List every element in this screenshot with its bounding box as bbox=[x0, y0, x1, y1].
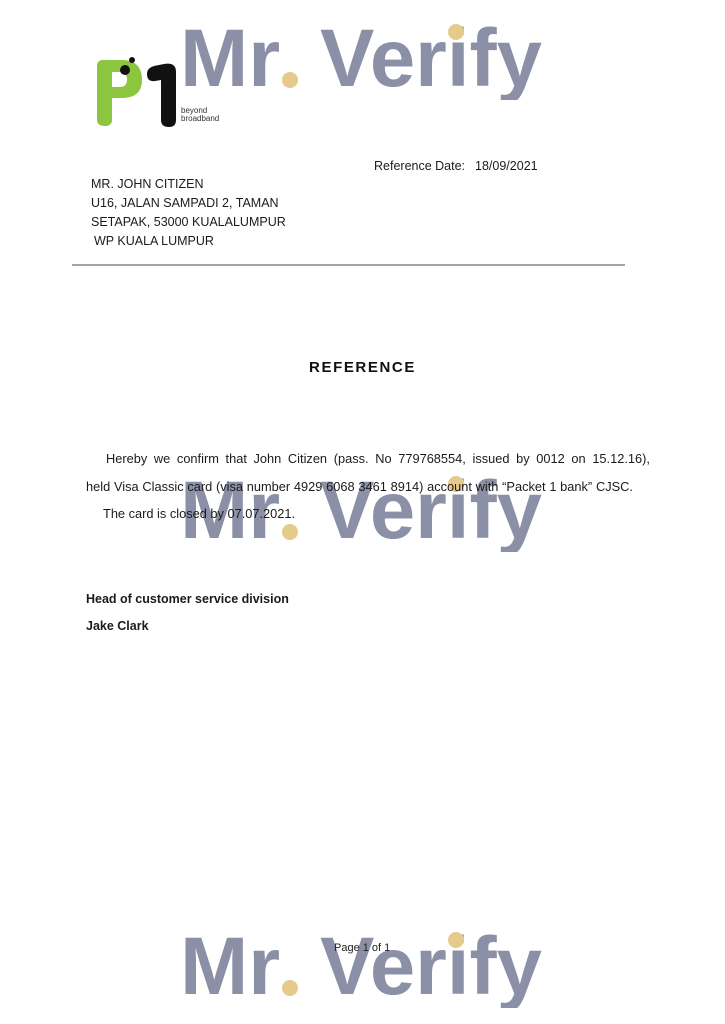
body-line-3: The card is closed by 07.07.2021. bbox=[103, 506, 295, 521]
tagline-line-2: broadband bbox=[181, 115, 219, 123]
recipient-name: MR. JOHN CITIZEN bbox=[91, 175, 286, 194]
logo-tagline: beyond broadband bbox=[181, 107, 219, 123]
reference-date-value: 18/09/2021 bbox=[475, 159, 538, 173]
watermark-bottom: Mr Verify bbox=[180, 928, 550, 1008]
watermark-top: Mr Verify bbox=[180, 20, 550, 100]
recipient-address: MR. JOHN CITIZEN U16, JALAN SAMPADI 2, T… bbox=[91, 175, 286, 251]
signatory-title: Head of customer service division bbox=[86, 592, 289, 606]
page-number: Page 1 of 1 bbox=[334, 942, 390, 954]
logo-p-shape bbox=[97, 60, 142, 126]
recipient-address-line-1: U16, JALAN SAMPADI 2, TAMAN bbox=[91, 194, 286, 213]
body-line-1: Hereby we confirm that John Citizen (pas… bbox=[106, 451, 650, 466]
logo-dot-large bbox=[120, 65, 130, 75]
reference-date: Reference Date:18/09/2021 bbox=[374, 159, 538, 173]
svg-text:Verify: Verify bbox=[320, 928, 542, 1008]
recipient-address-line-3: WP KUALA LUMPUR bbox=[91, 232, 286, 251]
body-line-2: held Visa Classic card (visa number 4929… bbox=[86, 479, 633, 494]
document-title: REFERENCE bbox=[0, 359, 725, 376]
recipient-address-line-2: SETAPAK, 53000 KUALALUMPUR bbox=[91, 213, 286, 232]
svg-text:Mr: Mr bbox=[180, 20, 280, 100]
reference-date-label: Reference Date: bbox=[374, 159, 465, 173]
logo-one-shape bbox=[147, 64, 176, 127]
svg-text:Mr: Mr bbox=[180, 928, 280, 1008]
signatory-name: Jake Clark bbox=[86, 619, 149, 633]
logo-dot-small bbox=[129, 57, 135, 63]
header-divider bbox=[72, 264, 625, 266]
svg-text:Verify: Verify bbox=[320, 20, 542, 100]
